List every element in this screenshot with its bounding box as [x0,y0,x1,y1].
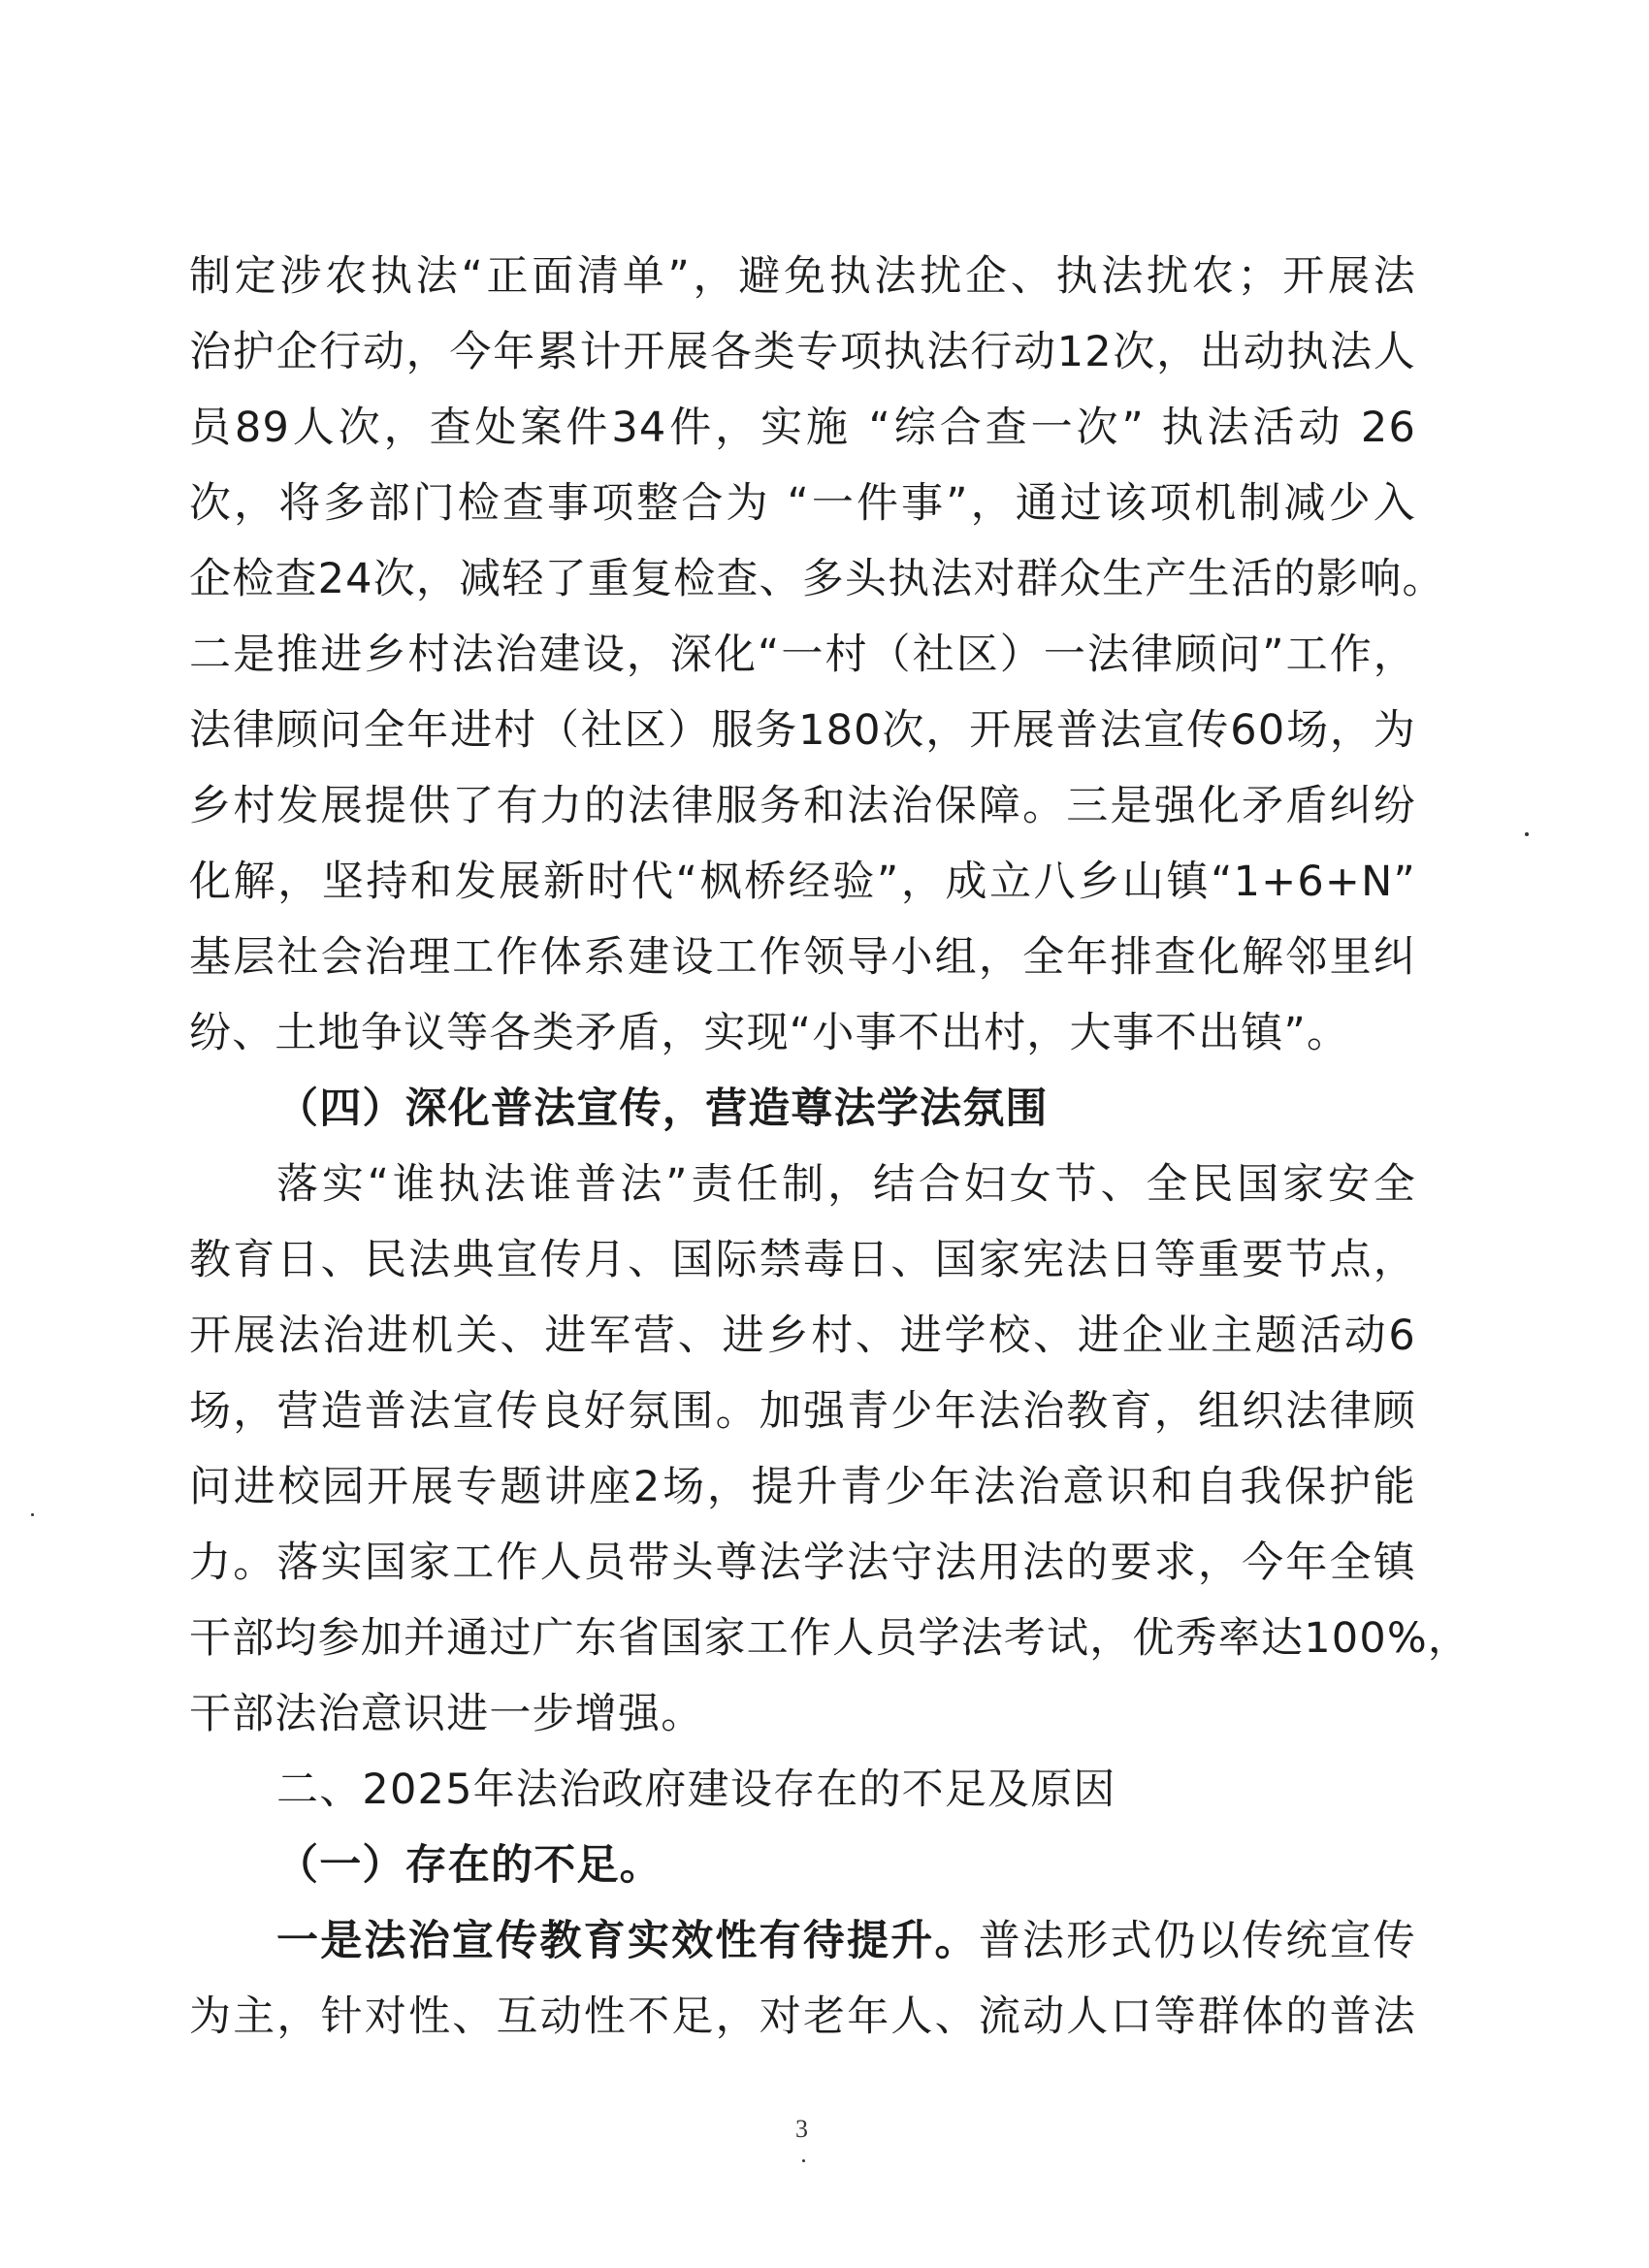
body-line: 教育日、民法典宣传月、国际禁毒日、国家宪法日等重要节点， [189,1231,1416,1289]
body-line: 干部法治意识进一步增强。 [189,1685,1416,1743]
body-line: 干部均参加并通过广东省国家工作人员学法考试，优秀率达100%， [189,1609,1416,1668]
part-heading: 二、2025年法治政府建设存在的不足及原因 [276,1761,1416,1819]
body-line: 化解，坚持和发展新时代“枫桥经验”，成立八乡山镇“1+6+N” [189,853,1416,911]
body-line: 二是推进乡村法治建设，深化“一村（社区）一法律顾问”工作， [189,626,1416,684]
subsection-heading: （一）存在的不足。 [276,1836,1416,1895]
body-line: 企检查24次，减轻了重复检查、多头执法对群众生产生活的影响。 [189,550,1416,608]
body-line: 问进校园开展专题讲座2场，提升青少年法治意识和自我保护能 [189,1458,1416,1516]
body-line: 为主，针对性、互动性不足，对老年人、流动人口等群体的普法 [189,1988,1416,2046]
scan-speck [31,1513,34,1516]
body-line: 治护企行动，今年累计开展各类专项执法行动12次，出动执法人 [189,323,1416,381]
body-line: 基层社会治理工作体系建设工作领导小组，全年排查化解邻里纠 [189,928,1416,987]
scan-speck [802,2159,805,2162]
scan-speck [1525,832,1529,836]
body-line: 落实“谁执法谁普法”责任制，结合妇女节、全民国家安全 [276,1155,1416,1214]
section-heading: （四）深化普法宣传，营造尊法学法氛围 [276,1080,1416,1138]
body-line: 开展法治进机关、进军营、进乡村、进学校、进企业主题活动6 [189,1307,1416,1365]
point-text: 普法形式仍以传统宣传 [979,1917,1416,1965]
point-title: 一是法治宣传教育实效性有待提升。 [276,1917,979,1965]
body-line: 员89人次，查处案件34件，实施 “综合查一次” 执法活动 26 [189,399,1416,457]
body-line: 制定涉农执法“正面清单”，避免执法扰企、执法扰农；开展法 [189,247,1416,306]
point-line: 一是法治宣传教育实效性有待提升。普法形式仍以传统宣传 [276,1912,1416,1970]
body-line: 场，营造普法宣传良好氛围。加强青少年法治教育，组织法律顾 [189,1382,1416,1441]
body-line: 力。落实国家工作人员带头尊法学法守法用法的要求，今年全镇 [189,1534,1416,1592]
body-line: 乡村发展提供了有力的法律服务和法治保障。三是强化矛盾纠纷 [189,777,1416,835]
document-page: 制定涉农执法“正面清单”，避免执法扰企、执法扰农；开展法 治护企行动，今年累计开… [0,0,1649,2268]
body-line: 法律顾问全年进村（社区）服务180次，开展普法宣传60场，为 [189,701,1416,760]
page-number: 3 [795,2115,808,2144]
body-line: 次，将多部门检查事项整合为 “一件事”，通过该项机制减少入 [189,474,1416,533]
body-line: 纷、土地争议等各类矛盾，实现“小事不出村，大事不出镇”。 [189,1004,1416,1062]
